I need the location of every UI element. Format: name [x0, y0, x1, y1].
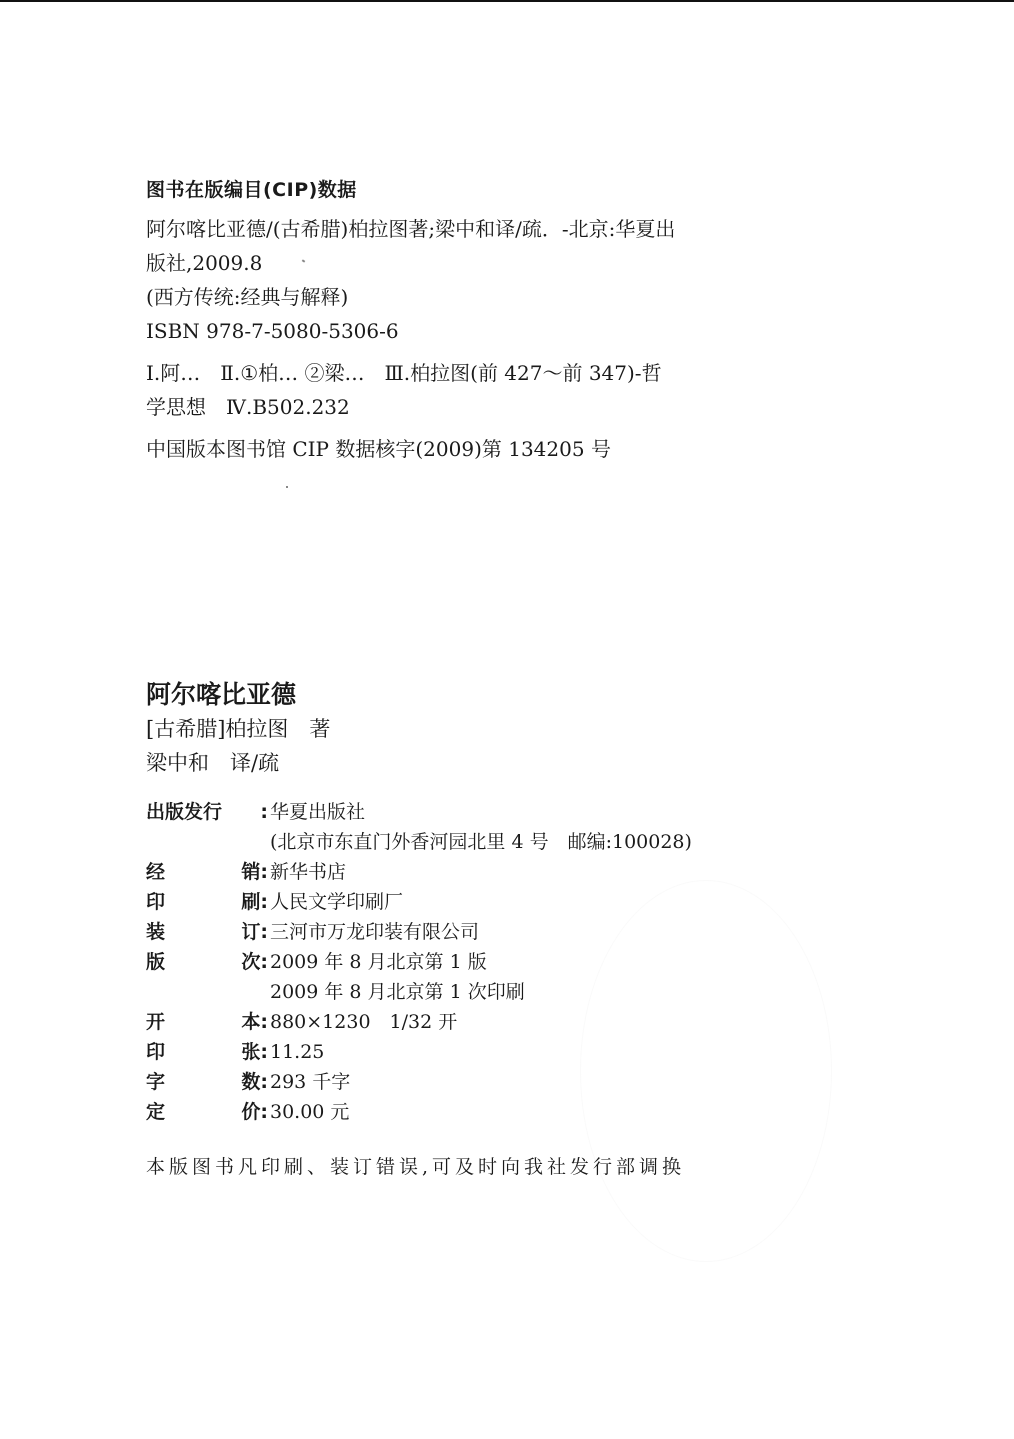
cip-line-title: 阿尔喀比亚德/(古希腊)柏拉图著;梁中和译/疏．-北京:华夏出: [146, 212, 866, 246]
publication-info: 出版发行:华夏出版社:(北京市东直门外香河园北里 4 号 邮编:100028)经…: [146, 797, 692, 1127]
info-row: 印刷:人民文学印刷厂: [146, 887, 692, 917]
info-value: (北京市东直门外香河园北里 4 号 邮编:100028): [268, 827, 692, 857]
scan-speck: [286, 486, 288, 488]
info-row: 版次:2009 年 8 月北京第 1 版: [146, 947, 692, 977]
info-label: 印张:: [146, 1037, 268, 1067]
info-label: 装订:: [146, 917, 268, 947]
info-row: 印张:11.25: [146, 1037, 692, 1067]
cip-line-publisher-year: 版社,2009.8: [146, 246, 866, 280]
cip-classification-1: Ⅰ.阿… Ⅱ.①柏… ②梁… Ⅲ.柏拉图(前 427～前 347)-哲: [146, 356, 866, 390]
info-value: 2009 年 8 月北京第 1 版: [268, 947, 487, 977]
info-label-part: 印: [146, 887, 165, 917]
replacement-notice: 本版图书凡印刷、装订错误,可及时向我社发行部调换: [146, 1152, 685, 1179]
info-value: 三河市万龙印装有限公司: [268, 917, 479, 947]
info-row: 装订:三河市万龙印装有限公司: [146, 917, 692, 947]
info-value: 华夏出版社: [268, 797, 365, 827]
info-row: :(北京市东直门外香河园北里 4 号 邮编:100028): [146, 827, 692, 857]
info-label-part: 字: [146, 1067, 165, 1097]
info-label: 版次:: [146, 947, 268, 977]
info-label-part: 订:: [241, 917, 268, 947]
info-label: 字数:: [146, 1067, 268, 1097]
info-label: 印刷:: [146, 887, 268, 917]
info-value: 新华书店: [268, 857, 346, 887]
info-label-part: 销:: [241, 857, 268, 887]
info-value: 880×1230 1/32 开: [268, 1007, 457, 1037]
cip-heading: 图书在版编目(CIP)数据: [146, 175, 357, 202]
info-row: :2009 年 8 月北京第 1 次印刷: [146, 977, 692, 1007]
info-row: 定价:30.00 元: [146, 1097, 692, 1127]
info-label: 开本:: [146, 1007, 268, 1037]
info-value: 11.25: [268, 1037, 324, 1067]
info-label-part: 出版发行: [146, 797, 222, 827]
info-label-part: 装: [146, 917, 165, 947]
book-title: 阿尔喀比亚德: [146, 675, 296, 711]
info-label-part: 次:: [241, 947, 268, 977]
page-top-border: [0, 0, 1014, 2]
info-label: 出版发行:: [146, 797, 268, 827]
info-row: 字数:293 千字: [146, 1067, 692, 1097]
info-value: 293 千字: [268, 1067, 350, 1097]
info-label-part: 版: [146, 947, 165, 977]
info-label-part: 定: [146, 1097, 165, 1127]
info-label: 经销:: [146, 857, 268, 887]
info-label-part: 本:: [241, 1007, 268, 1037]
cip-data-block: 阿尔喀比亚德/(古希腊)柏拉图著;梁中和译/疏．-北京:华夏出 版社,2009.…: [146, 212, 866, 466]
cip-line-isbn: ISBN 978-7-5080-5306-6: [146, 314, 866, 348]
book-credits: [古希腊]柏拉图 著 梁中和 译/疏: [146, 712, 330, 780]
info-label-part: 印: [146, 1037, 165, 1067]
book-author: [古希腊]柏拉图 著: [146, 712, 330, 746]
info-label-part: 刷:: [241, 887, 268, 917]
cip-line-series: (西方传统:经典与解释): [146, 280, 866, 314]
info-row: 开本:880×1230 1/32 开: [146, 1007, 692, 1037]
cip-record-number: 中国版本图书馆 CIP 数据核字(2009)第 134205 号: [146, 432, 866, 466]
book-translator: 梁中和 译/疏: [146, 746, 330, 780]
info-label-part: :: [260, 797, 268, 827]
info-label-part: 张:: [241, 1037, 268, 1067]
info-label-part: 经: [146, 857, 165, 887]
info-label: 定价:: [146, 1097, 268, 1127]
info-label-part: 数:: [241, 1067, 268, 1097]
info-value: 30.00 元: [268, 1097, 349, 1127]
cip-classification-2: 学思想 Ⅳ.B502.232: [146, 390, 866, 424]
info-row: 出版发行:华夏出版社: [146, 797, 692, 827]
info-label-part: 开: [146, 1007, 165, 1037]
info-label-part: 价:: [241, 1097, 268, 1127]
info-row: 经销:新华书店: [146, 857, 692, 887]
info-value: 2009 年 8 月北京第 1 次印刷: [268, 977, 525, 1007]
info-value: 人民文学印刷厂: [268, 887, 403, 917]
